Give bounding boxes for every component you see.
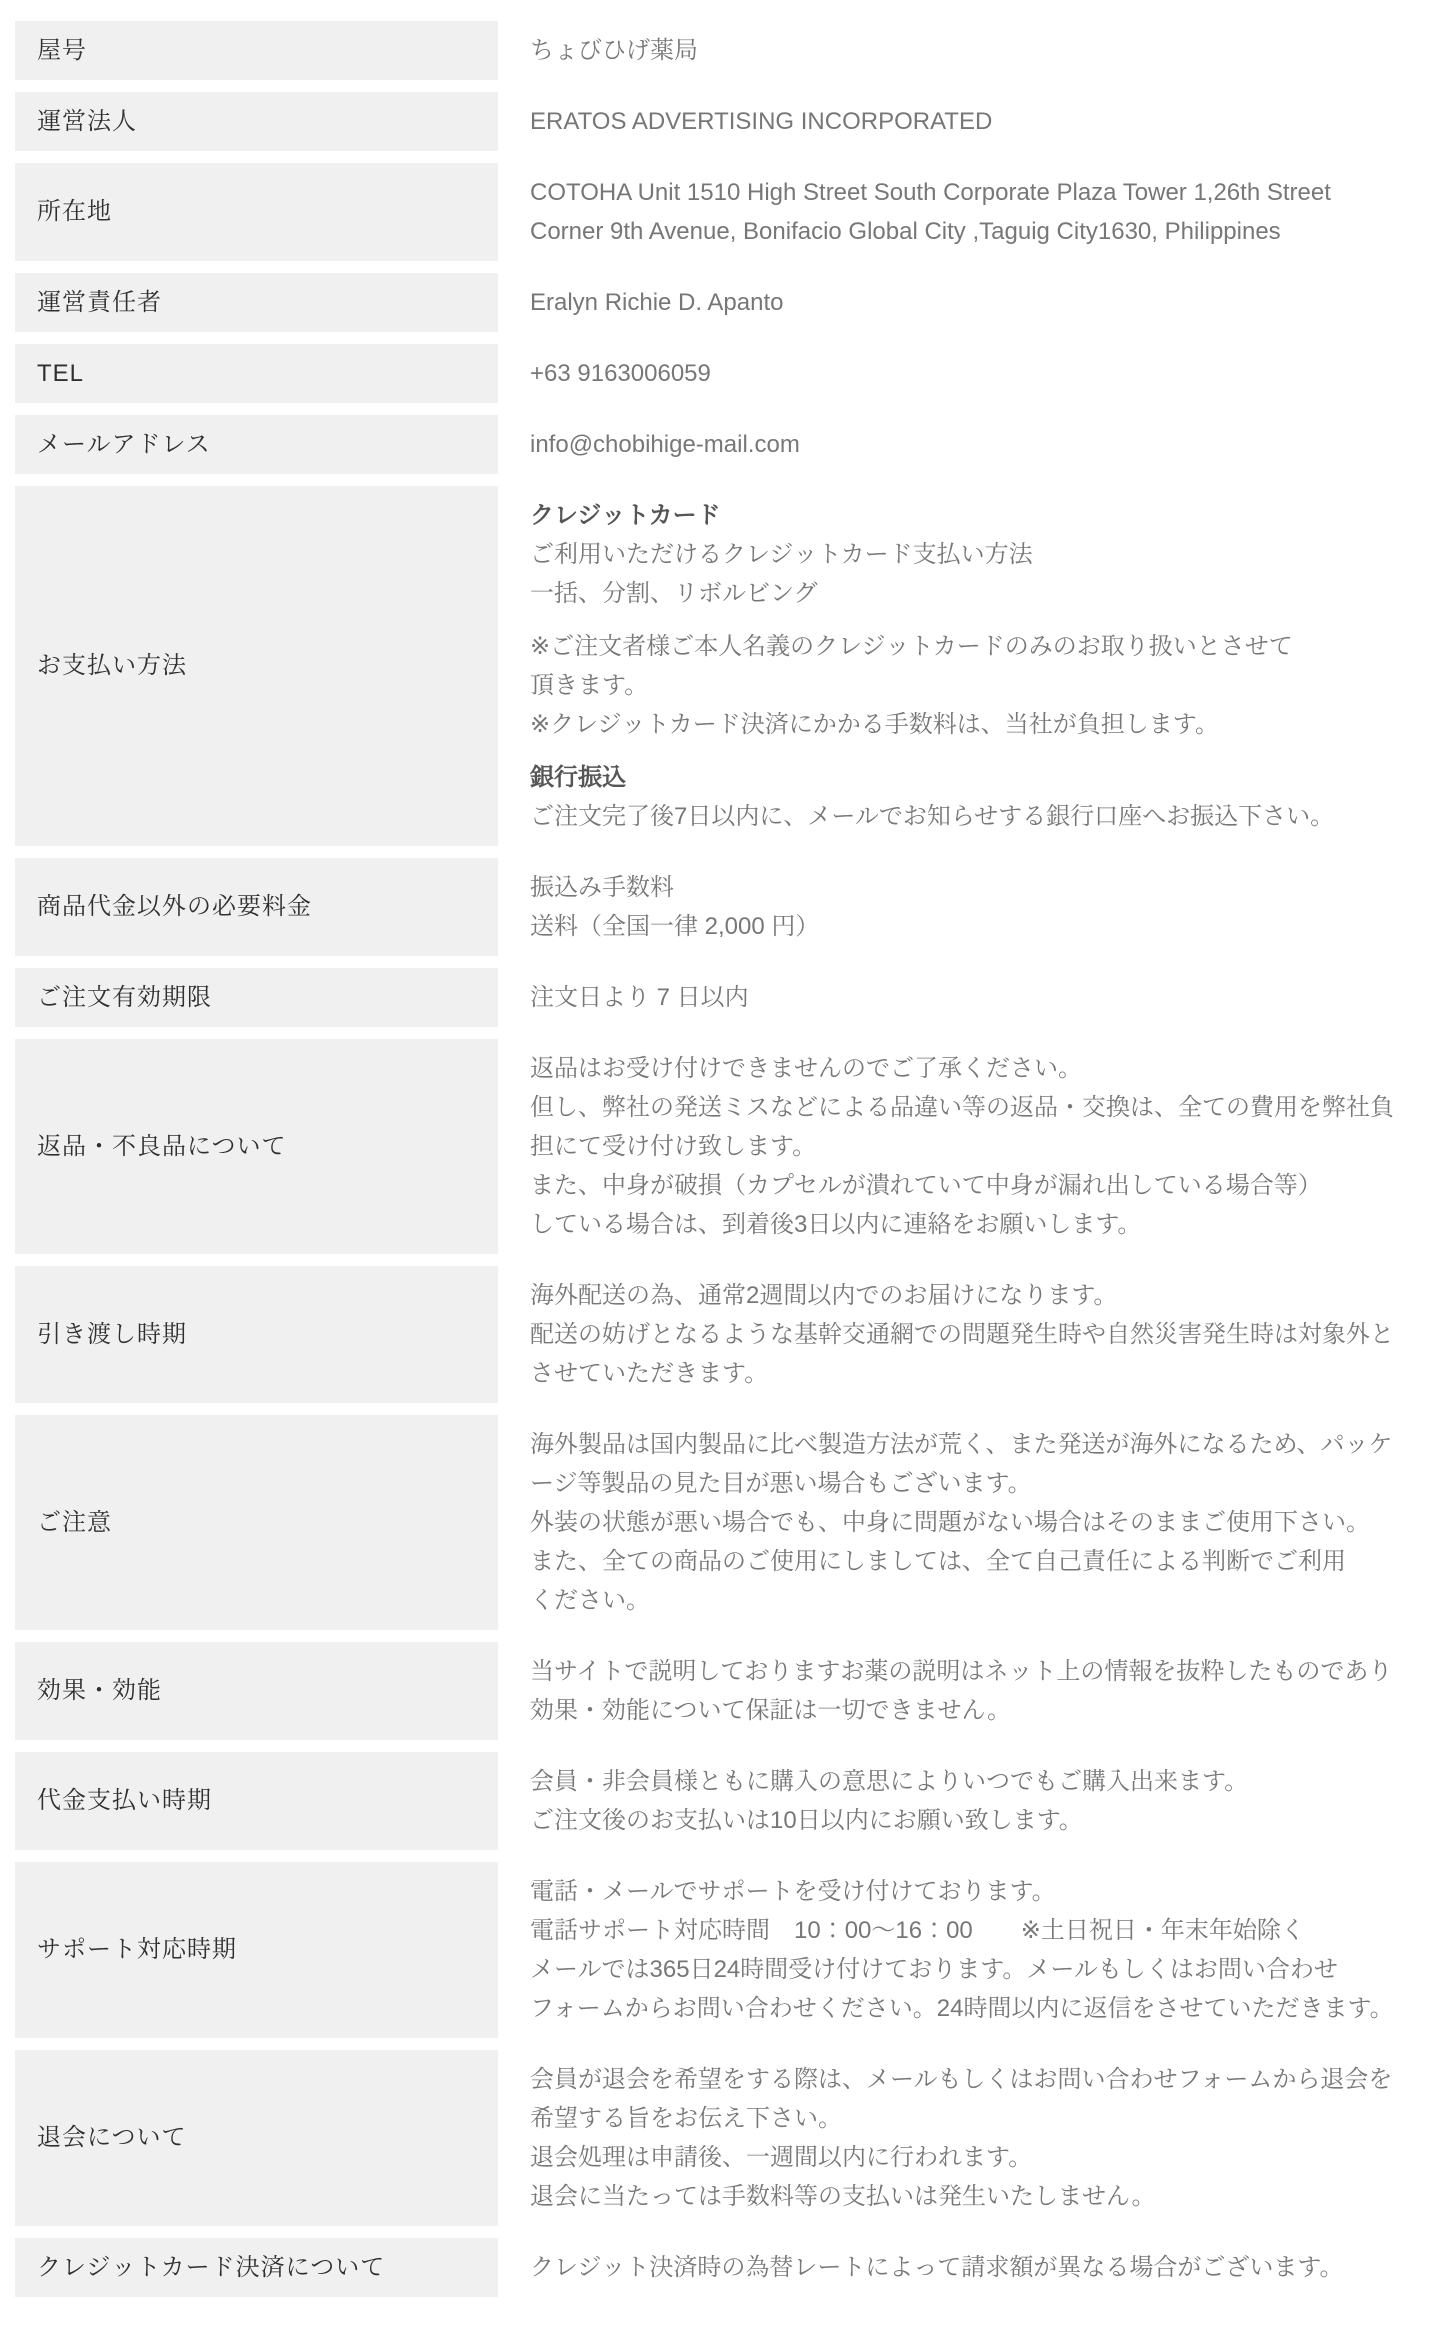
row-label: 商品代金以外の必要料金: [15, 858, 498, 956]
value-paragraph: 海外製品は国内製品に比べ製造方法が荒く、また発送が海外になるため、パッケ ージ等…: [530, 1425, 1435, 1620]
value-paragraph: 会員が退会を希望をする際は、メールもしくはお問い合わせフォームから退会を 希望す…: [530, 2060, 1435, 2216]
row-label: 引き渡し時期: [15, 1266, 498, 1403]
legal-info-page: 屋号 ちょびひげ薬局 運営法人 ERATOS ADVERTISING INCOR…: [0, 0, 1450, 2351]
shop-info-table: 屋号 ちょびひげ薬局 運営法人 ERATOS ADVERTISING INCOR…: [15, 21, 1435, 2297]
row-label: 屋号: [15, 21, 498, 80]
value-paragraph: ご利用いただけるクレジットカード支払い方法 一括、分割、リボルビング: [530, 535, 1435, 613]
value-paragraph: クレジットカード: [530, 496, 1435, 535]
row-value: 会員・非会員様ともに購入の意思によりいつでもご購入出来ます。 ご注文後のお支払い…: [530, 1752, 1435, 1850]
table-row-caution: ご注意 海外製品は国内製品に比べ製造方法が荒く、また発送が海外になるため、パッケ…: [15, 1415, 1435, 1630]
value-paragraph: info@chobihige-mail.com: [530, 425, 1435, 464]
table-row-delivery-time: 引き渡し時期 海外配送の為、通常2週間以内でのお届けになります。 配送の妨げとな…: [15, 1266, 1435, 1403]
row-label: サポート対応時期: [15, 1862, 498, 2038]
table-row-order-validity-period: ご注文有効期限 注文日より 7 日以内: [15, 968, 1435, 1027]
value-paragraph: ちょびひげ薬局: [530, 31, 1435, 70]
row-value: クレジットカードご利用いただけるクレジットカード支払い方法 一括、分割、リボルビ…: [530, 486, 1435, 846]
row-value: 注文日より 7 日以内: [530, 968, 1435, 1027]
table-row-operations-manager: 運営責任者 Eralyn Richie D. Apanto: [15, 273, 1435, 332]
row-label: 返品・不良品について: [15, 1039, 498, 1254]
row-value: ERATOS ADVERTISING INCORPORATED: [530, 92, 1435, 151]
row-label: お支払い方法: [15, 486, 498, 846]
table-row-trade-name: 屋号 ちょびひげ薬局: [15, 21, 1435, 80]
value-paragraph: 返品はお受け付けできませんのでご了承ください。 但し、弊社の発送ミスなどによる品…: [530, 1049, 1435, 1244]
row-value: 海外製品は国内製品に比べ製造方法が荒く、また発送が海外になるため、パッケ ージ等…: [530, 1415, 1435, 1630]
row-label: ご注意: [15, 1415, 498, 1630]
row-label: 効果・効能: [15, 1642, 498, 1740]
value-paragraph: ERATOS ADVERTISING INCORPORATED: [530, 102, 1435, 141]
value-paragraph: 海外配送の為、通常2週間以内でのお届けになります。 配送の妨げとなるような基幹交…: [530, 1276, 1435, 1393]
table-row-returns-and-defects: 返品・不良品について 返品はお受け付けできませんのでご了承ください。 但し、弊社…: [15, 1039, 1435, 1254]
row-value: 振込み手数料 送料（全国一律 2,000 円）: [530, 858, 1435, 956]
table-row-fees-other-than-product-price: 商品代金以外の必要料金 振込み手数料 送料（全国一律 2,000 円）: [15, 858, 1435, 956]
row-label: 運営法人: [15, 92, 498, 151]
row-label: ご注文有効期限: [15, 968, 498, 1027]
table-row-withdrawal: 退会について 会員が退会を希望をする際は、メールもしくはお問い合わせフォームから…: [15, 2050, 1435, 2226]
table-row-operating-company: 運営法人 ERATOS ADVERTISING INCORPORATED: [15, 92, 1435, 151]
row-label: 運営責任者: [15, 273, 498, 332]
row-value: COTOHA Unit 1510 High Street South Corpo…: [530, 163, 1435, 261]
value-paragraph: ※ご注文者様ご本人名義のクレジットカードのみのお取り扱いとさせて 頂きます。 ※…: [530, 627, 1435, 744]
value-paragraph: クレジット決済時の為替レートによって請求額が異なる場合がございます。: [530, 2248, 1435, 2287]
table-row-address: 所在地 COTOHA Unit 1510 High Street South C…: [15, 163, 1435, 261]
value-paragraph: 電話・メールでサポートを受け付けております。 電話サポート対応時間 10：00～…: [530, 1872, 1435, 2028]
row-value: 海外配送の為、通常2週間以内でのお届けになります。 配送の妨げとなるような基幹交…: [530, 1266, 1435, 1403]
row-value: ちょびひげ薬局: [530, 21, 1435, 80]
table-row-email-address: メールアドレス info@chobihige-mail.com: [15, 415, 1435, 474]
row-label: クレジットカード決済について: [15, 2238, 498, 2297]
value-paragraph: COTOHA Unit 1510 High Street South Corpo…: [530, 173, 1435, 251]
table-row-payment-timing: 代金支払い時期 会員・非会員様ともに購入の意思によりいつでもご購入出来ます。 ご…: [15, 1752, 1435, 1850]
row-value: 会員が退会を希望をする際は、メールもしくはお問い合わせフォームから退会を 希望す…: [530, 2050, 1435, 2226]
value-paragraph: +63 9163006059: [530, 354, 1435, 393]
table-row-tel: TEL +63 9163006059: [15, 344, 1435, 403]
value-paragraph: 注文日より 7 日以内: [530, 978, 1435, 1017]
table-row-payment-methods: お支払い方法 クレジットカードご利用いただけるクレジットカード支払い方法 一括、…: [15, 486, 1435, 846]
value-paragraph: Eralyn Richie D. Apanto: [530, 283, 1435, 322]
row-value: クレジット決済時の為替レートによって請求額が異なる場合がございます。: [530, 2238, 1435, 2297]
row-label: 所在地: [15, 163, 498, 261]
table-row-effects-and-efficacy: 効果・効能 当サイトで説明しておりますお薬の説明はネット上の情報を抜粋したもので…: [15, 1642, 1435, 1740]
row-value: 返品はお受け付けできませんのでご了承ください。 但し、弊社の発送ミスなどによる品…: [530, 1039, 1435, 1254]
row-value: 当サイトで説明しておりますお薬の説明はネット上の情報を抜粋したものであり 効果・…: [530, 1642, 1435, 1740]
value-paragraph: 会員・非会員様ともに購入の意思によりいつでもご購入出来ます。 ご注文後のお支払い…: [530, 1762, 1435, 1840]
row-value: 電話・メールでサポートを受け付けております。 電話サポート対応時間 10：00～…: [530, 1862, 1435, 2038]
row-label: メールアドレス: [15, 415, 498, 474]
value-paragraph: 銀行振込: [530, 758, 1435, 797]
row-label: TEL: [15, 344, 498, 403]
value-paragraph: ご注文完了後7日以内に、メールでお知らせする銀行口座へお振込下さい。: [530, 797, 1435, 836]
row-value: +63 9163006059: [530, 344, 1435, 403]
row-value: Eralyn Richie D. Apanto: [530, 273, 1435, 332]
table-row-credit-card-settlement: クレジットカード決済について クレジット決済時の為替レートによって請求額が異なる…: [15, 2238, 1435, 2297]
value-paragraph: 当サイトで説明しておりますお薬の説明はネット上の情報を抜粋したものであり 効果・…: [530, 1652, 1435, 1730]
row-value: info@chobihige-mail.com: [530, 415, 1435, 474]
row-label: 退会について: [15, 2050, 498, 2226]
value-paragraph: 振込み手数料 送料（全国一律 2,000 円）: [530, 868, 1435, 946]
table-row-support-hours: サポート対応時期 電話・メールでサポートを受け付けております。 電話サポート対応…: [15, 1862, 1435, 2038]
row-label: 代金支払い時期: [15, 1752, 498, 1850]
